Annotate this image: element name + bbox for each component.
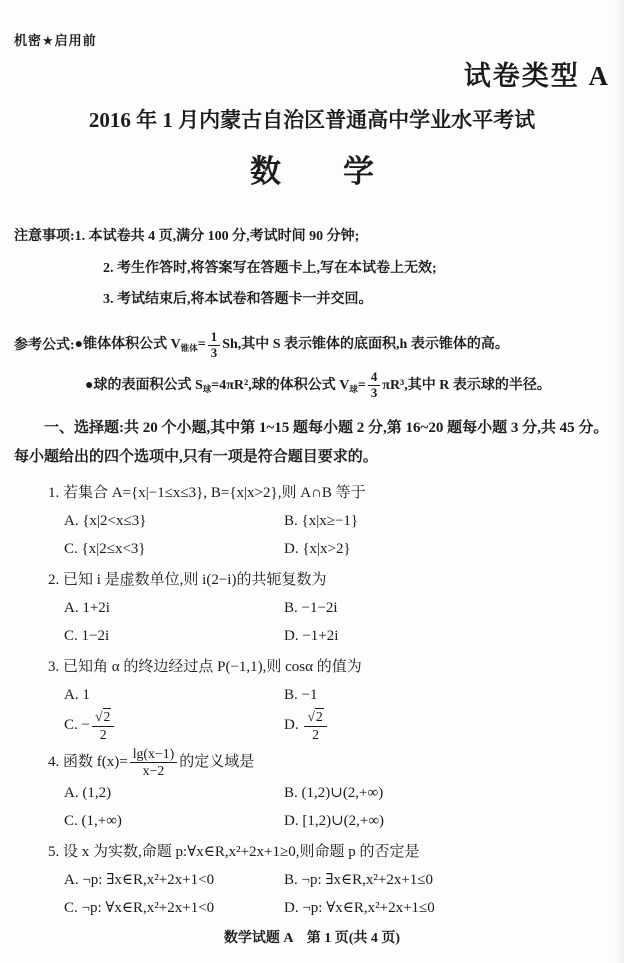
notice-item-3: 3. 考试结束后,将本试卷和答题卡一并交回。 xyxy=(14,284,614,316)
question-3-option-c: C. −√22 xyxy=(64,709,284,743)
paper-type-label: 试卷类型 A xyxy=(464,54,610,93)
question-1-option-d: D. {x|x>2} xyxy=(284,535,614,563)
exam-paper-page: 机密★启用前 试卷类型 A 2016 年 1 月内蒙古自治区普通高中学业水平考试… xyxy=(0,0,624,963)
question-1-option-a: A. {x|2<x≤3} xyxy=(64,507,284,535)
question-3-option-a: A. 1 xyxy=(64,681,284,709)
exam-title: 2016 年 1 月内蒙古自治区普通高中学业水平考试 xyxy=(0,104,624,134)
question-5-options: A. ¬p: ∃x∈R,x²+2x+1<0 B. ¬p: ∃x∈R,x²+2x+… xyxy=(64,866,614,922)
question-4: 4. 函数 f(x)=lg(x−1)x−2的定义域是 A. (1,2) B. (… xyxy=(14,746,614,836)
question-1-options: A. {x|2<x≤3} B. {x|x≥−1} C. {x|2≤x<3} D.… xyxy=(64,507,614,563)
fraction: √22 xyxy=(92,709,114,743)
reference-formulas-block: 参考公式:●锥体体积公式 V锥体=13Sh,其中 S 表示锥体的底面积,h 表示… xyxy=(14,328,614,402)
question-4-stem: 4. 函数 f(x)=lg(x−1)x−2的定义域是 xyxy=(48,746,614,780)
question-4-option-d: D. [1,2)∪(2,+∞) xyxy=(284,807,614,835)
question-2-stem: 2. 已知 i 是虚数单位,则 i(2−i)的共轭复数为 xyxy=(48,566,614,594)
question-3-option-b: B. −1 xyxy=(284,681,614,709)
section-one-intro: 一、选择题:共 20 个小题,其中第 1~15 题每小题 2 分,第 16~20… xyxy=(14,414,614,472)
question-list: 1. 若集合 A={x|−1≤x≤3}, B={x|x>2},则 A∩B 等于 … xyxy=(14,479,614,922)
notice-label: 注意事项: xyxy=(14,229,75,244)
fraction: 43 xyxy=(368,370,380,401)
notice-block: 注意事项:1. 本试卷共 4 页,满分 100 分,考试时间 90 分钟; 2.… xyxy=(14,221,614,316)
secrecy-notice: 机密★启用前 xyxy=(14,30,97,49)
question-5-stem: 5. 设 x 为实数,命题 p:∀x∈R,x²+2x+1≥0,则命题 p 的否定… xyxy=(48,838,614,866)
question-1-option-b: B. {x|x≥−1} xyxy=(284,507,614,535)
question-3-stem: 3. 已知角 α 的终边经过点 P(−1,1),则 cosα 的值为 xyxy=(48,653,614,681)
question-1: 1. 若集合 A={x|−1≤x≤3}, B={x|x>2},则 A∩B 等于 … xyxy=(14,479,614,563)
question-2: 2. 已知 i 是虚数单位,则 i(2−i)的共轭复数为 A. 1+2i B. … xyxy=(14,566,614,650)
question-3-options: A. 1 B. −1 C. −√22 D. √22 xyxy=(64,681,614,743)
sqrt-radical: √2 xyxy=(95,708,111,724)
question-4-option-c: C. (1,+∞) xyxy=(64,807,284,835)
notice-item-2: 2. 考生作答时,将答案写在答题卡上,写在本试卷上无效; xyxy=(14,253,614,285)
question-2-option-a: A. 1+2i xyxy=(64,594,284,622)
question-2-option-b: B. −1−2i xyxy=(284,594,614,622)
sphere-formulas: ●球的表面积公式 S球=4πR²,球的体积公式 V球=43πR³,其中 R 表示… xyxy=(85,378,551,393)
question-1-option-c: C. {x|2≤x<3} xyxy=(64,535,284,563)
question-3-option-d: D. √22 xyxy=(284,709,614,743)
reference-row-1: 参考公式:●锥体体积公式 V锥体=13Sh,其中 S 表示锥体的底面积,h 表示… xyxy=(14,328,614,361)
question-5-option-c: C. ¬p: ∀x∈R,x²+2x+1<0 xyxy=(64,894,284,922)
question-3: 3. 已知角 α 的终边经过点 P(−1,1),则 cosα 的值为 A. 1 … xyxy=(14,653,614,743)
question-5-option-b: B. ¬p: ∃x∈R,x²+2x+1≤0 xyxy=(284,866,614,894)
question-2-option-c: C. 1−2i xyxy=(64,622,284,650)
question-5-option-a: A. ¬p: ∃x∈R,x²+2x+1<0 xyxy=(64,866,284,894)
page-footer: 数学试题 A 第 1 页(共 4 页) xyxy=(0,927,624,947)
question-1-stem: 1. 若集合 A={x|−1≤x≤3}, B={x|x>2},则 A∩B 等于 xyxy=(48,479,614,507)
question-2-option-d: D. −1+2i xyxy=(284,622,614,650)
question-4-option-b: B. (1,2)∪(2,+∞) xyxy=(284,779,614,807)
fraction: √22 xyxy=(304,709,326,743)
reference-row-2: ●球的表面积公式 S球=4πR²,球的体积公式 V球=43πR³,其中 R 表示… xyxy=(14,370,614,401)
question-5-option-d: D. ¬p: ∀x∈R,x²+2x+1≤0 xyxy=(284,894,614,922)
sqrt-radical: √2 xyxy=(307,708,323,724)
notice-item-1: 1. 本试卷共 4 页,满分 100 分,考试时间 90 分钟; xyxy=(75,229,360,244)
question-4-option-a: A. (1,2) xyxy=(64,779,284,807)
notice-row-1: 注意事项:1. 本试卷共 4 页,满分 100 分,考试时间 90 分钟; xyxy=(14,221,614,253)
fraction: lg(x−1)x−2 xyxy=(130,746,178,780)
question-2-options: A. 1+2i B. −1−2i C. 1−2i D. −1+2i xyxy=(64,594,614,650)
question-5: 5. 设 x 为实数,命题 p:∀x∈R,x²+2x+1≥0,则命题 p 的否定… xyxy=(14,838,614,922)
question-4-options: A. (1,2) B. (1,2)∪(2,+∞) C. (1,+∞) D. [1… xyxy=(64,779,614,835)
reference-label: 参考公式: xyxy=(14,337,75,352)
fraction: 13 xyxy=(208,330,220,361)
subject-title: 数 学 xyxy=(0,146,624,191)
cone-volume-formula: ●锥体体积公式 V锥体=13Sh,其中 S 表示锥体的底面积,h 表示锥体的高。 xyxy=(75,337,509,352)
paper-body: 注意事项:1. 本试卷共 4 页,满分 100 分,考试时间 90 分钟; 2.… xyxy=(14,221,614,925)
